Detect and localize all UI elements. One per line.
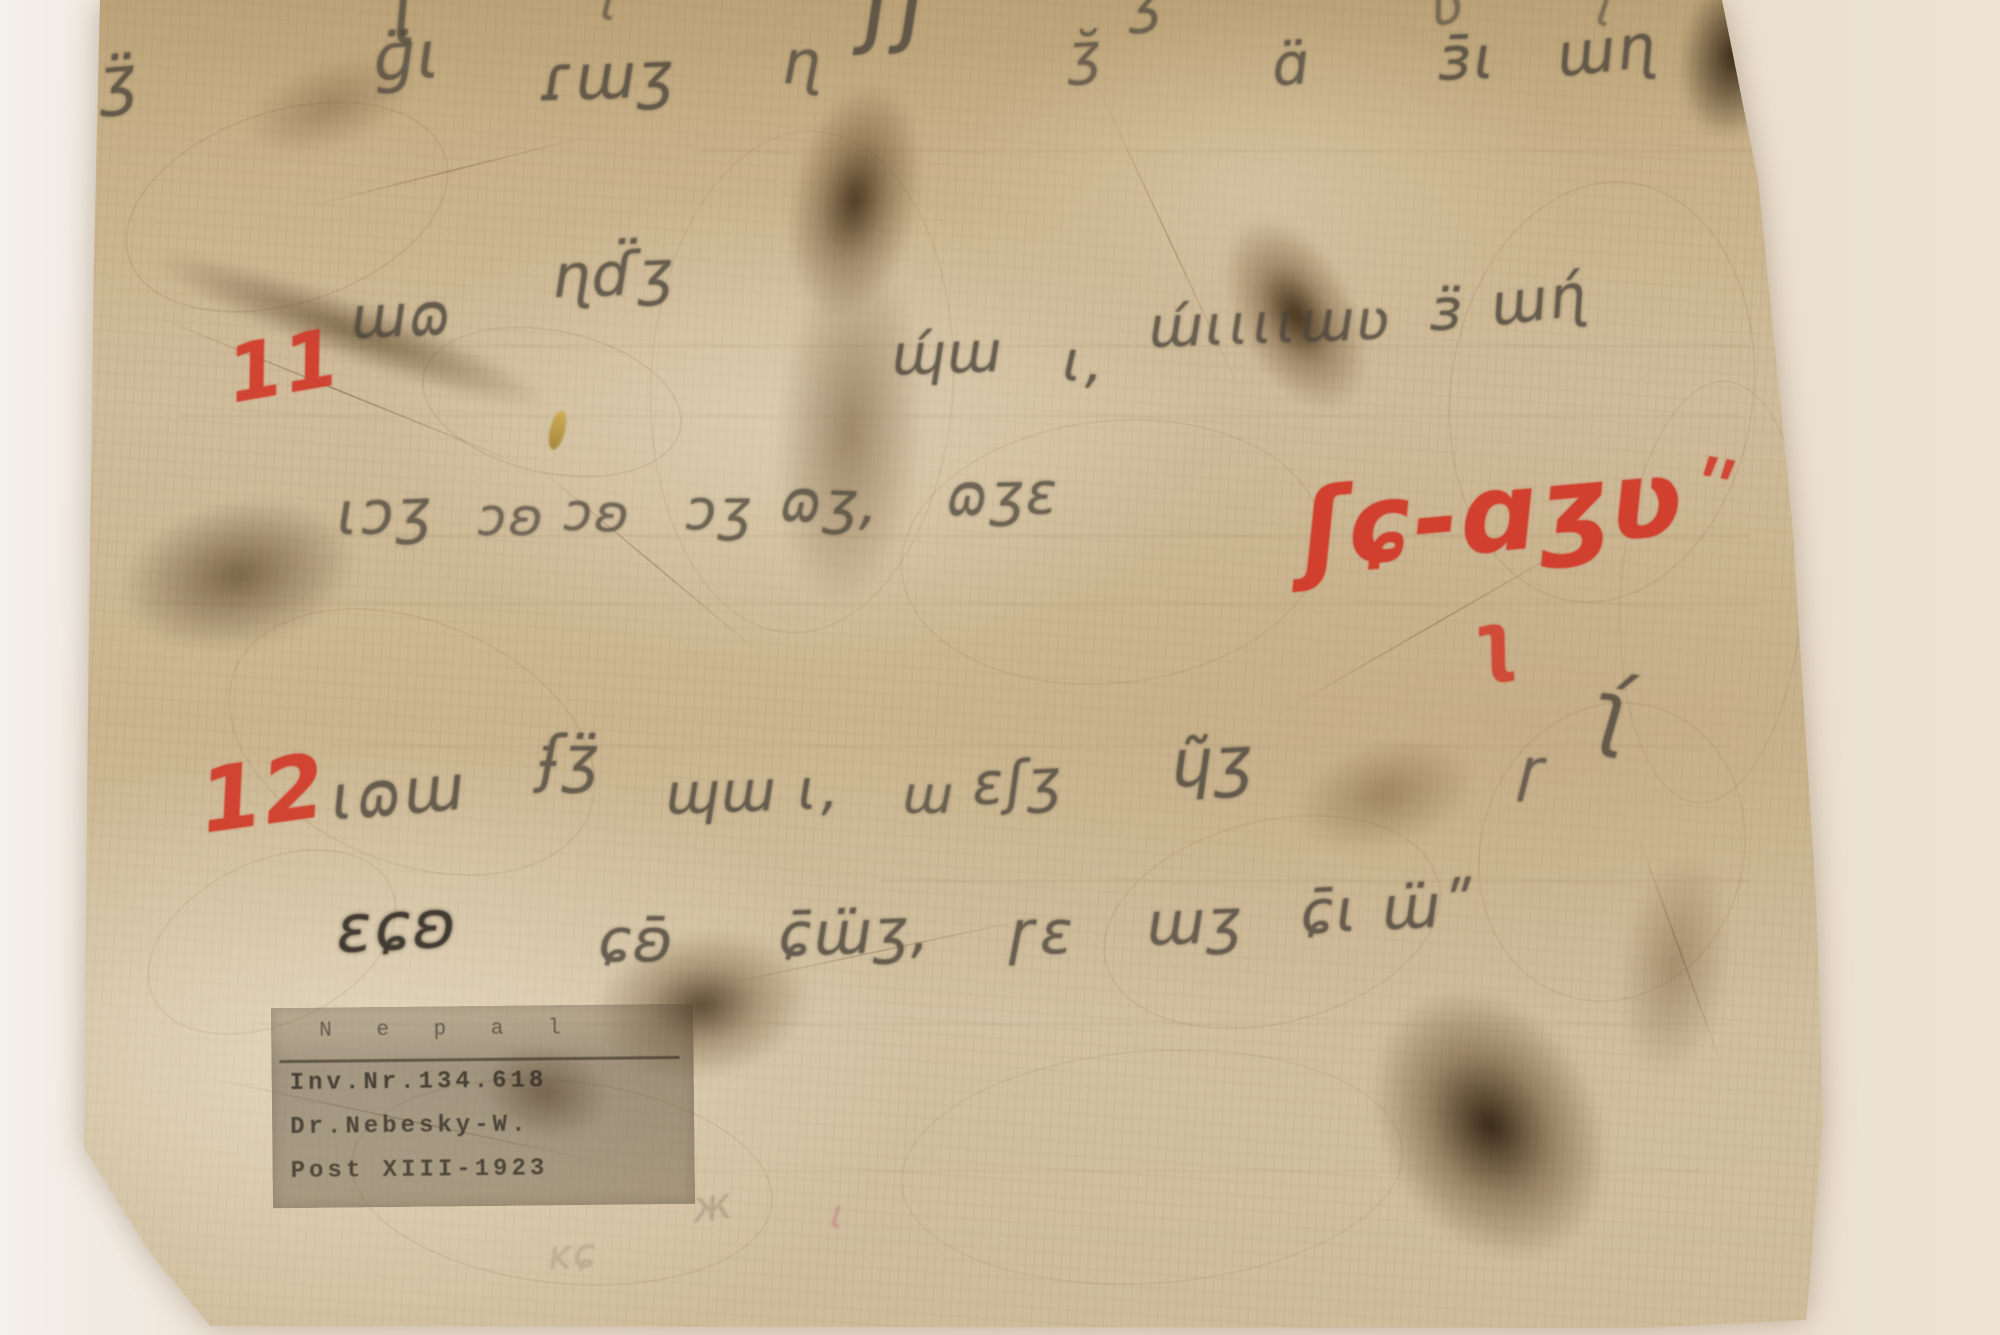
paper-crease xyxy=(892,1033,1411,1302)
typed-inventory-label: N e p a l Inv.Nr.134.618 Dr.Nebesky-W. P… xyxy=(271,1004,695,1208)
script-cluster: ɥ̃ʒ xyxy=(1168,722,1256,803)
script-cluster: ɜ̄ɩ xyxy=(1437,23,1499,95)
script-cluster: ɜ̈ xyxy=(1430,276,1464,344)
script-cluster: ɯɷ xyxy=(348,279,454,352)
script-cluster: ɳ xyxy=(782,28,823,98)
faint-scribble: ж xyxy=(689,1177,737,1233)
script-cluster: ɩ, xyxy=(1061,329,1107,395)
faint-pink-mark: ɩ xyxy=(828,1191,850,1239)
script-cluster: ʃʃ xyxy=(860,0,935,58)
script-cluster: ɯʒ xyxy=(1145,886,1244,959)
script-cluster: ɯ xyxy=(902,766,955,826)
script-cluster: ɰɯ ɩ, xyxy=(663,757,842,828)
script-cluster: ʄʒ̈ xyxy=(540,722,601,795)
label-line-collector: Dr.Nebesky-W. xyxy=(290,1112,530,1142)
script-cluster: ɕ̄ɩ ɯ̈ʺ xyxy=(1298,870,1473,949)
script-cluster: ɩɷɯ xyxy=(327,750,468,835)
paper-shadow: N e p a l Inv.Nr.134.618 Dr.Nebesky-W. P… xyxy=(0,0,2000,1335)
script-cluster: ɔʒ̈ xyxy=(59,43,141,123)
red-annotation-tail: ʅ xyxy=(1461,592,1526,689)
fiber-clump xyxy=(1666,0,1804,148)
script-cluster: ɯɳ xyxy=(1553,11,1661,91)
script-cluster: ɔʒ xyxy=(686,478,753,543)
section-number-11: 11 xyxy=(221,313,347,421)
script-cluster: ɩɔʒ xyxy=(335,476,434,549)
script-cluster: ɑ̈ xyxy=(1270,29,1313,100)
script-cluster: ɯɳ́ xyxy=(1486,260,1591,339)
script-cluster: ʒ̆ xyxy=(1066,21,1104,88)
script-cluster: ʒ́ xyxy=(1125,0,1165,36)
corner-fold xyxy=(88,1178,216,1334)
label-line-accession: Post XIII-1923 xyxy=(291,1155,549,1185)
script-cluster: ɡ̈ɩ xyxy=(370,16,445,97)
script-cluster: ɛʃʒ xyxy=(970,746,1064,819)
script-cluster: ʅ́ xyxy=(1588,660,1637,761)
section-number-12: 12 xyxy=(193,734,333,854)
faint-scribble: ᴋɕ xyxy=(546,1230,598,1279)
script-cluster: ɛɕʚ xyxy=(334,885,460,968)
label-line-inventory-number: Inv.Nr.134.618 xyxy=(290,1067,548,1097)
label-rule-line xyxy=(280,1056,680,1063)
script-cluster: ɾɯʒ xyxy=(539,38,677,116)
script-cluster: ɕʚ̄ xyxy=(598,906,675,976)
script-cluster: ɼ xyxy=(1518,735,1551,804)
script-cluster: ɔʚ xyxy=(478,488,545,548)
label-line-region: N e p a l xyxy=(319,1017,577,1043)
script-cluster: ɷʒ, xyxy=(779,466,881,537)
script-cluster: ɷʒɛ xyxy=(945,459,1060,529)
script-cluster: ɰ́ɯ xyxy=(889,320,1004,389)
script-cluster: ɯ́ɩɩɩɩɯʋ xyxy=(1147,288,1392,361)
script-cluster: ɔʚ xyxy=(563,483,632,545)
paper-crease xyxy=(887,399,1336,706)
script-cluster: ɕ̄ɯ̈ʒ, xyxy=(777,895,933,970)
script-cluster: ɩ̈ xyxy=(598,0,623,33)
manuscript-photo: N e p a l Inv.Nr.134.618 Dr.Nebesky-W. P… xyxy=(0,0,2000,1335)
manuscript-paper: N e p a l Inv.Nr.134.618 Dr.Nebesky-W. P… xyxy=(0,0,2000,1335)
script-cluster: ɳɗ̈ʒ xyxy=(551,238,676,312)
script-cluster: ɼɛ xyxy=(1010,898,1075,968)
